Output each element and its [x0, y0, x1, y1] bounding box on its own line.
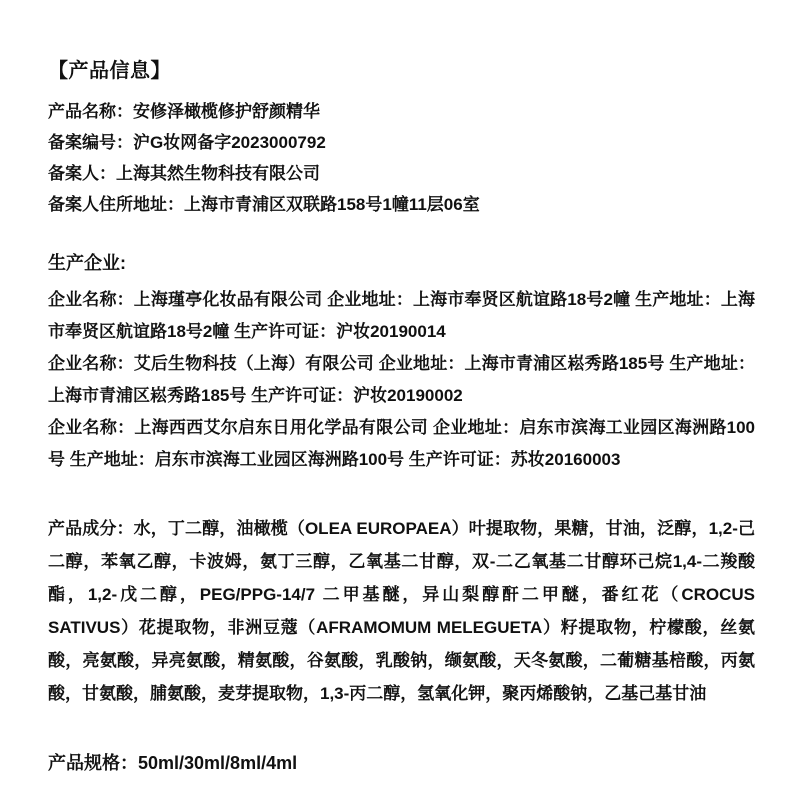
registrant-address-label: 备案人住所地址：: [48, 195, 184, 214]
filing-number-value: 沪G妆网备字2023000792: [133, 133, 326, 152]
registrant-label: 备案人：: [48, 164, 116, 183]
manufacturer-entry-3: 企业名称：上海西西艾尔启东日用化学品有限公司 企业地址：启东市滨海工业园区海洲路…: [48, 412, 755, 476]
product-name-value: 安修泽橄榄修护舒颜精华: [133, 102, 320, 121]
product-name-label: 产品名称：: [48, 102, 133, 121]
spec-value: 50ml/30ml/8ml/4ml: [138, 753, 297, 773]
section-title-product-info: 【产品信息】: [48, 58, 755, 84]
spec-label: 产品规格：: [48, 753, 138, 773]
ingredients-text: 水，丁二醇，油橄榄（OLEA EUROPAEA）叶提取物，果糖，甘油，泛醇，1,…: [48, 519, 755, 703]
ingredients-paragraph: 产品成分：水，丁二醇，油橄榄（OLEA EUROPAEA）叶提取物，果糖，甘油，…: [48, 512, 755, 710]
product-info-document: 【产品信息】 产品名称：安修泽橄榄修护舒颜精华 备案编号：沪G妆网备字20230…: [48, 58, 755, 776]
spec-line: 产品规格：50ml/30ml/8ml/4ml: [48, 750, 755, 776]
info-line-product-name: 产品名称：安修泽橄榄修护舒颜精华: [48, 96, 755, 127]
filing-number-label: 备案编号：: [48, 133, 133, 152]
registration-info-block: 产品名称：安修泽橄榄修护舒颜精华 备案编号：沪G妆网备字2023000792 备…: [48, 96, 755, 220]
info-line-registrant: 备案人：上海其然生物科技有限公司: [48, 158, 755, 189]
section-heading-manufacturers: 生产企业:: [48, 250, 755, 276]
ingredients-label: 产品成分：: [48, 519, 134, 538]
registrant-address-value: 上海市青浦区双联路158号1幢11层06室: [184, 195, 480, 214]
manufacturer-entry-2: 企业名称：艾后生物科技（上海）有限公司 企业地址：上海市青浦区崧秀路185号 生…: [48, 348, 755, 412]
registrant-value: 上海其然生物科技有限公司: [116, 164, 320, 183]
manufacturer-entry-1: 企业名称：上海瑾亭化妆品有限公司 企业地址：上海市奉贤区航谊路18号2幢 生产地…: [48, 284, 755, 348]
manufacturers-block: 企业名称：上海瑾亭化妆品有限公司 企业地址：上海市奉贤区航谊路18号2幢 生产地…: [48, 284, 755, 476]
info-line-registrant-address: 备案人住所地址：上海市青浦区双联路158号1幢11层06室: [48, 189, 755, 220]
info-line-filing-number: 备案编号：沪G妆网备字2023000792: [48, 127, 755, 158]
